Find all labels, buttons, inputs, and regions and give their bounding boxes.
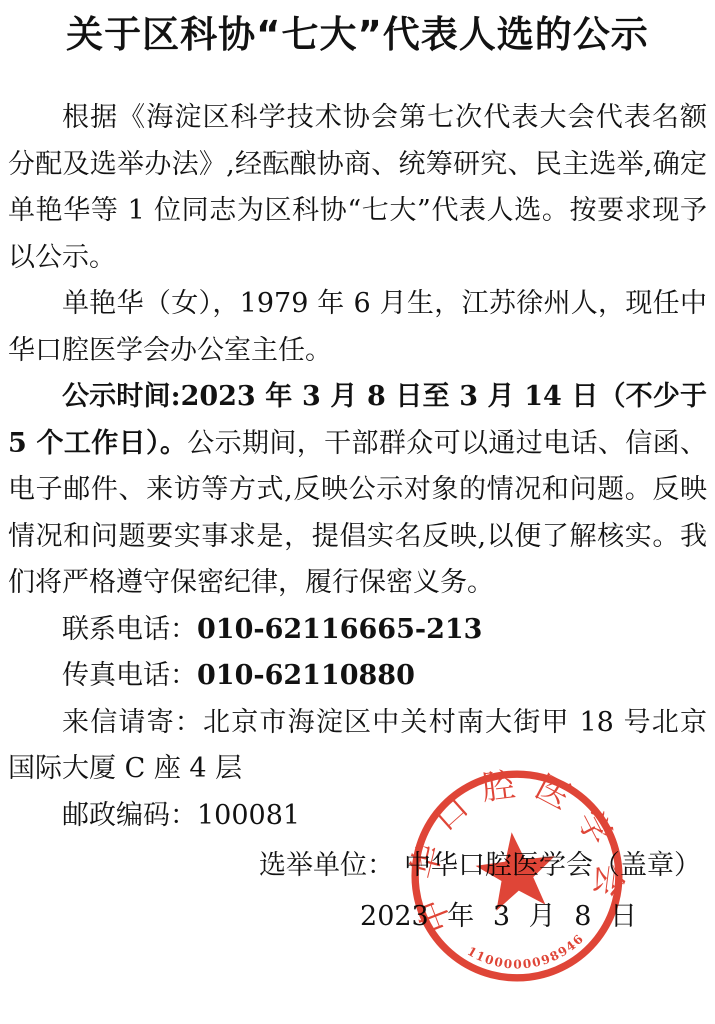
contact-fax-line: 传真电话：010-62110880 <box>8 653 707 700</box>
contact-mail-line: 来信请寄：北京市海淀区中关村南大街甲 18 号北京国际大厦 C 座 4 层 <box>8 700 707 793</box>
paragraph-candidate-info: 单艳华（女），1979 年 6 月生，江苏徐州人，现任中华口腔医学会办公室主任。 <box>8 281 707 374</box>
paragraph-basis: 根据《海淀区科学技术协会第七次代表大会代表名额分配及选举办法》,经酝酿协商、统筹… <box>8 95 707 281</box>
fax-number: 010-62110880 <box>197 660 415 691</box>
contact-phone-line: 联系电话：010-62116665-213 <box>8 607 707 654</box>
signature-unit-line: 选举单位：中华口腔医学会（盖章） <box>259 843 701 882</box>
document-body: 根据《海淀区科学技术协会第七次代表大会代表名额分配及选举办法》,经酝酿协商、统筹… <box>8 95 707 839</box>
phone-number: 010-62116665-213 <box>197 614 482 645</box>
page-title: 关于区科协“七大”代表人选的公示 <box>0 4 715 58</box>
signature-unit-label: 选举单位： <box>259 850 394 881</box>
postcode-label: 邮政编码： <box>62 800 197 831</box>
phone-label: 联系电话： <box>62 614 197 645</box>
svg-text:1100000098946: 1100000098946 <box>463 930 589 978</box>
signature-date-line: 2023 年 3 月 8 日 <box>360 894 637 933</box>
signature-unit-name: 中华口腔医学会（盖章） <box>404 850 701 881</box>
contact-postcode-line: 邮政编码：100081 <box>8 793 707 840</box>
postcode-value: 100081 <box>197 800 300 831</box>
document-page: 关于区科协“七大”代表人选的公示 根据《海淀区科学技术协会第七次代表大会代表名额… <box>0 0 715 1024</box>
paragraph-notice-period: 公示时间:2023 年 3 月 8 日至 3 月 14 日（不少于 5 个工作日… <box>8 374 707 607</box>
seal-code-text: 1100000098946 <box>463 930 589 978</box>
fax-label: 传真电话： <box>62 660 197 691</box>
mail-label: 来信请寄： <box>62 707 203 738</box>
